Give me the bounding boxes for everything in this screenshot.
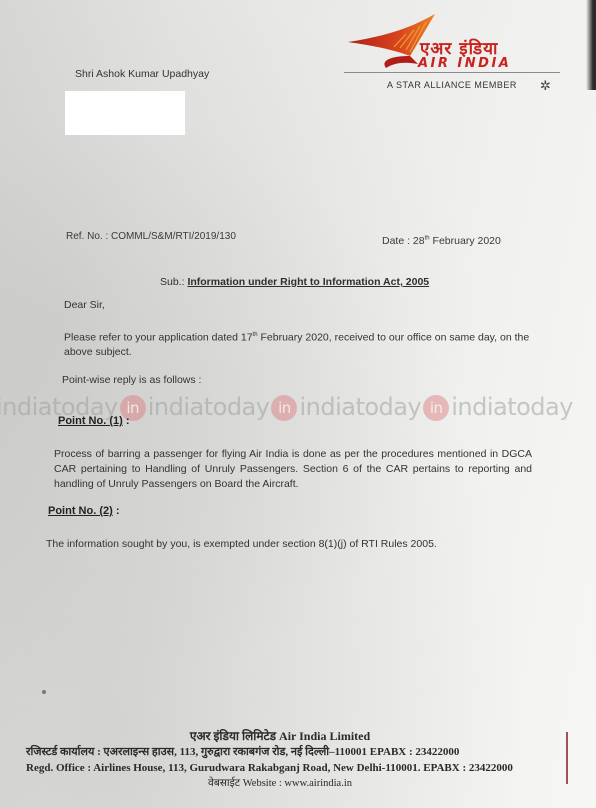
point-2-heading: Point No. (2) : — [48, 505, 120, 517]
watermark-badge-icon: in — [271, 395, 297, 421]
pointwise-intro: Point-wise reply is as follows : — [62, 374, 201, 386]
point-1-label: Point No. (1) — [58, 415, 123, 427]
watermark-text: indiatoday — [299, 393, 421, 421]
point-2-label: Point No. (2) — [48, 505, 113, 517]
subject-label: Sub.: — [160, 276, 187, 288]
point-2-colon: : — [113, 505, 120, 517]
photo-edge — [586, 0, 596, 90]
date-prefix: Date : 28 — [382, 235, 425, 247]
subject-text: Information under Right to Information A… — [187, 276, 429, 288]
point-1-text: Process of barring a passenger for flyin… — [54, 447, 532, 492]
subject-line: Sub.: Information under Right to Informa… — [160, 276, 429, 288]
paper-speck — [42, 690, 46, 694]
point-1-colon: : — [123, 415, 130, 427]
watermark-text: indiatoday — [451, 393, 573, 421]
salutation: Dear Sir, — [64, 299, 105, 311]
brand-name-english: AIR INDIA — [418, 56, 511, 71]
footer-company-name: एअर इंडिया लिमिटेड Air India Limited — [0, 728, 560, 744]
reference-number: Ref. No. : COMML/S&M/RTI/2019/130 — [66, 231, 236, 242]
footer-address-english: Regd. Office : Airlines House, 113, Guru… — [0, 760, 560, 776]
point-1-heading: Point No. (1) : — [58, 415, 130, 427]
star-alliance-tagline: A STAR ALLIANCE MEMBER — [387, 80, 517, 90]
intro-part1: Please refer to your application dated 1… — [64, 332, 253, 344]
redacted-address — [65, 91, 185, 135]
letter-footer: एअर इंडिया लिमिटेड Air India Limited रजि… — [0, 728, 560, 792]
intro-paragraph: Please refer to your application dated 1… — [64, 328, 544, 359]
footer-website: वेबसाईट Website : www.airindia.in — [0, 776, 560, 792]
pen-mark — [566, 732, 568, 784]
letterhead-divider — [344, 72, 560, 73]
watermark-badge-icon: in — [423, 395, 449, 421]
point-2-text: The information sought by you, is exempt… — [46, 538, 437, 550]
footer-address-hindi: रजिस्टर्ड कार्यालय : एअरलाइन्स हाउस, 113… — [0, 744, 560, 760]
watermark-text: indiatoday — [148, 393, 270, 421]
date-suffix: February 2020 — [430, 235, 501, 247]
letter-date: Date : 28th February 2020 — [382, 235, 501, 247]
star-alliance-icon: ✲ — [540, 78, 551, 94]
addressee-name: Shri Ashok Kumar Upadhyay — [75, 68, 209, 80]
